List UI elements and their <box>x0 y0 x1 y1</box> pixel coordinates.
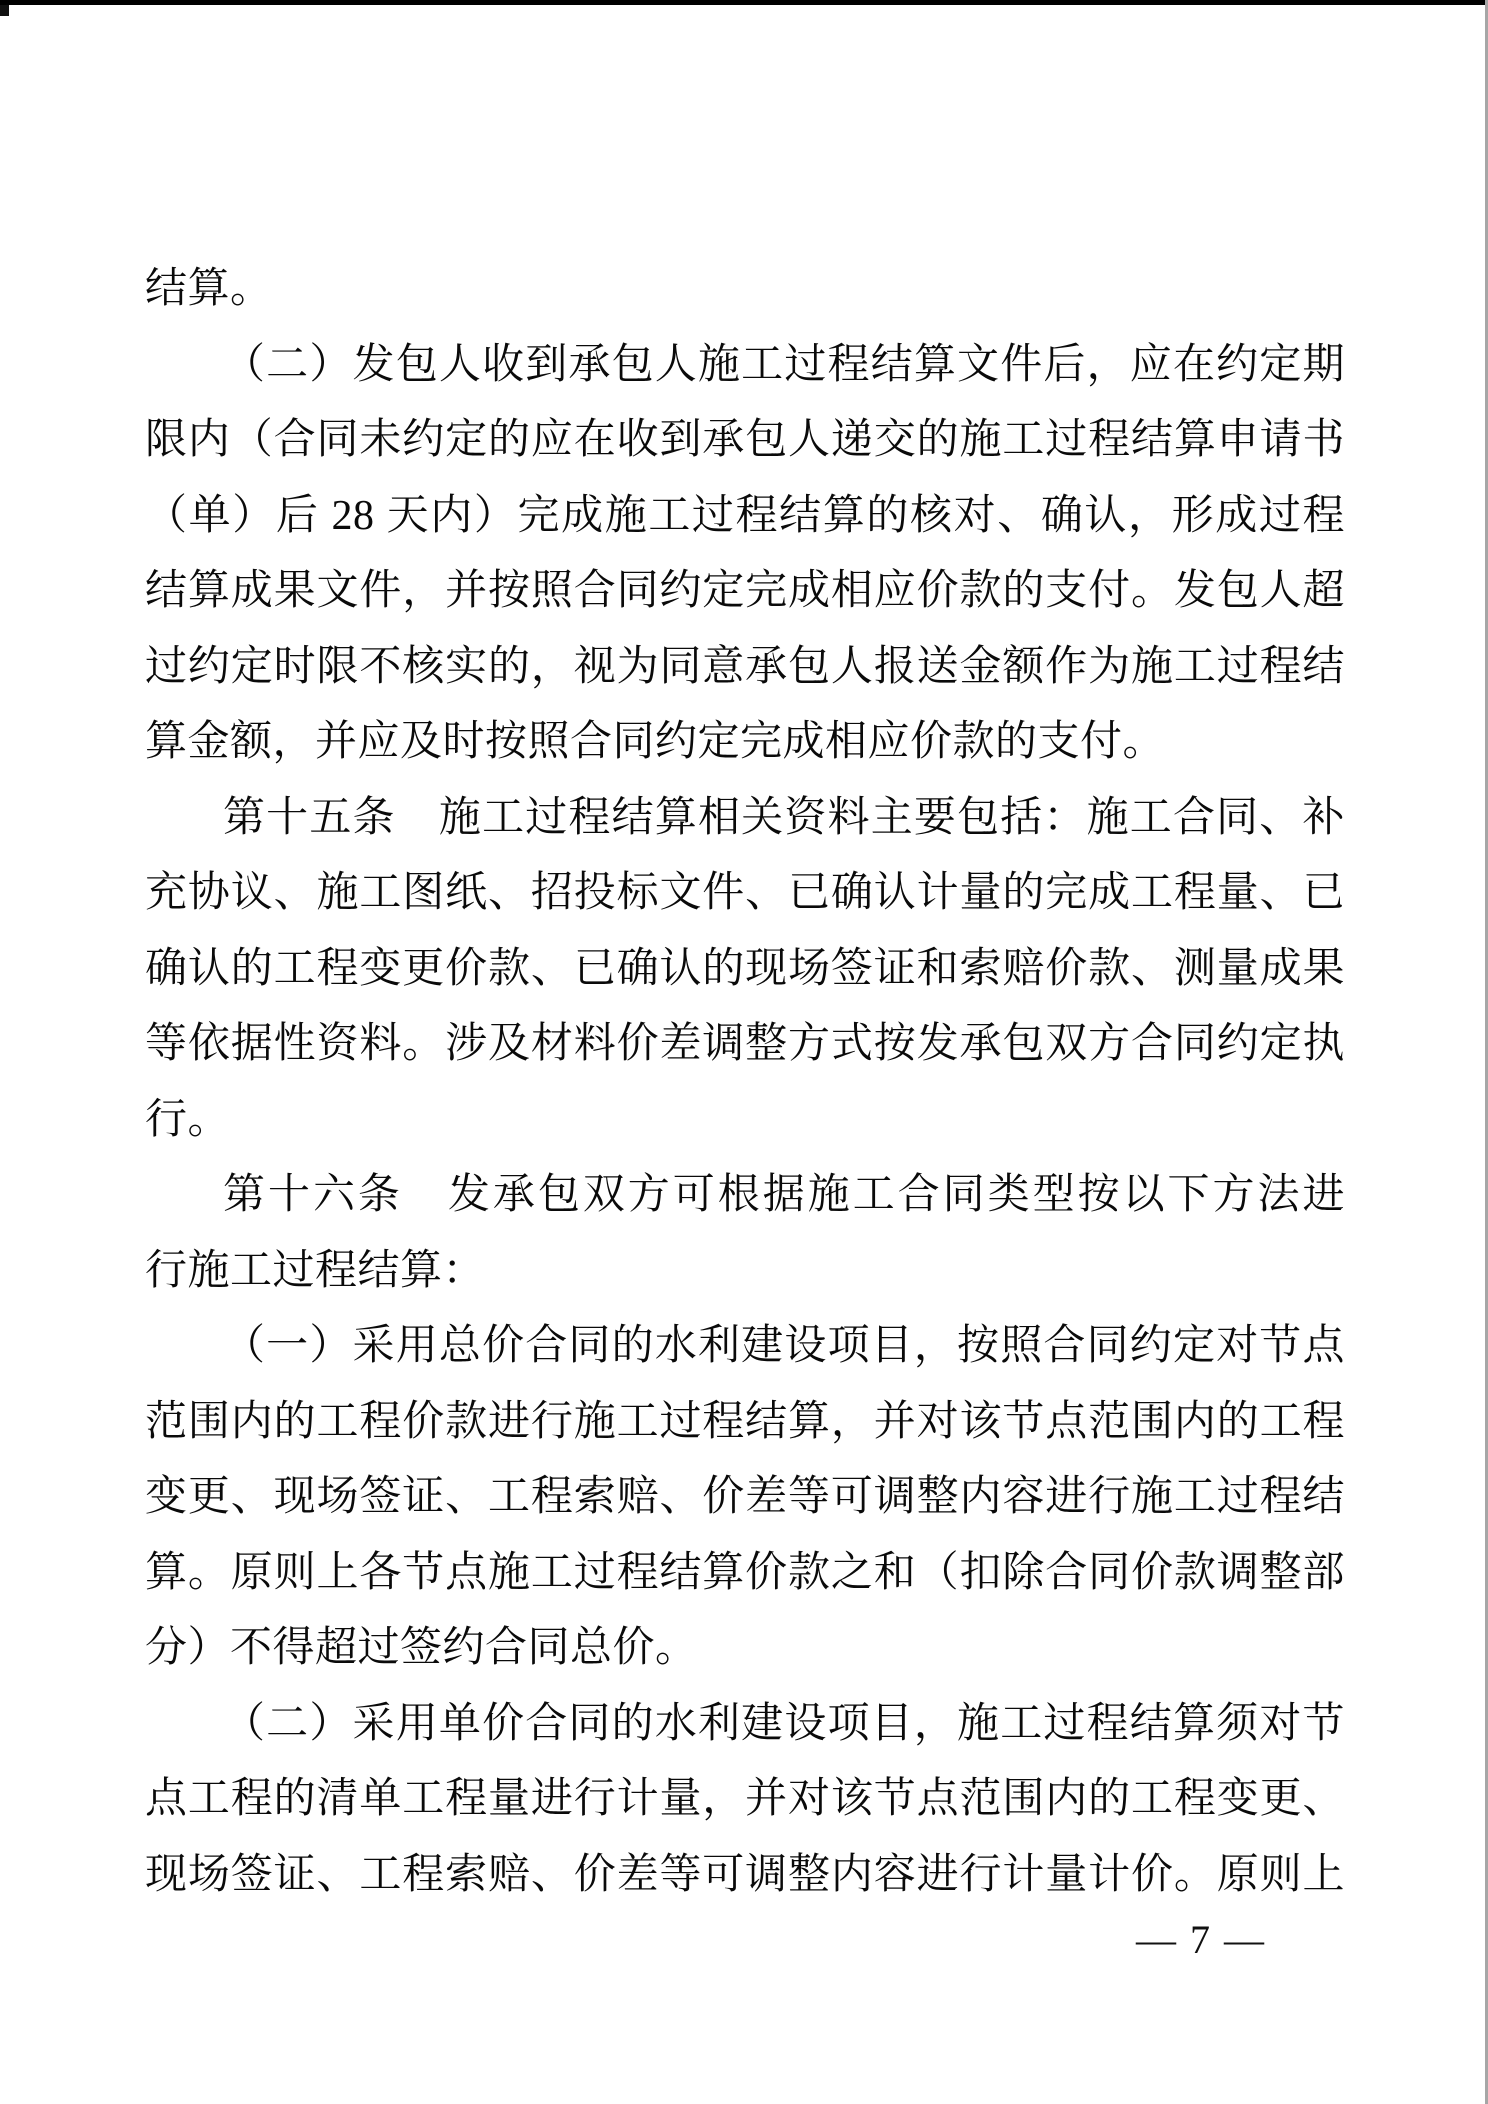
text-line: 充协议、施工图纸、招投标文件、已确认计量的完成工程量、已 <box>145 856 1345 932</box>
text-line: （单）后 28 天内）完成施工过程结算的核对、确认，形成过程 <box>145 479 1345 555</box>
text-line: 等依据性资料。涉及材料价差调整方式按发承包双方合同约定执 <box>145 1007 1345 1083</box>
text-line: 变更、现场签证、工程索赔、价差等可调整内容进行施工过程结 <box>145 1460 1345 1536</box>
text-line: 现场签证、工程索赔、价差等可调整内容进行计量计价。原则上 <box>145 1838 1345 1914</box>
text-line: 行。 <box>145 1083 1345 1159</box>
text-line: 范围内的工程价款进行施工过程结算，并对该节点范围内的工程 <box>145 1385 1345 1461</box>
text-line: 第十五条 施工过程结算相关资料主要包括：施工合同、补 <box>145 781 1345 857</box>
text-line: 限内（合同未约定的应在收到承包人递交的施工过程结算申请书 <box>145 403 1345 479</box>
text-line: 分）不得超过签约合同总价。 <box>145 1611 1345 1687</box>
page-number: — 7 — <box>1136 1916 1266 1964</box>
scan-corner-mark <box>0 5 9 16</box>
scan-edge-top <box>0 0 1488 5</box>
text-line: 结算成果文件，并按照合同约定完成相应价款的支付。发包人超 <box>145 554 1345 630</box>
document-body: 结算。（二）发包人收到承包人施工过程结算文件后，应在约定期限内（合同未约定的应在… <box>145 252 1345 1913</box>
text-line: （二）采用单价合同的水利建设项目，施工过程结算须对节 <box>145 1687 1345 1763</box>
text-line: 过约定时限不核实的，视为同意承包人报送金额作为施工过程结 <box>145 630 1345 706</box>
text-line: （二）发包人收到承包人施工过程结算文件后，应在约定期 <box>145 328 1345 404</box>
document-page: 结算。（二）发包人收到承包人施工过程结算文件后，应在约定期限内（合同未约定的应在… <box>0 0 1488 2104</box>
text-line: 行施工过程结算： <box>145 1234 1345 1310</box>
text-line: 点工程的清单工程量进行计量，并对该节点范围内的工程变更、 <box>145 1762 1345 1838</box>
text-line: 结算。 <box>145 252 1345 328</box>
text-line: 算。原则上各节点施工过程结算价款之和（扣除合同价款调整部 <box>145 1536 1345 1612</box>
text-line: （一）采用总价合同的水利建设项目，按照合同约定对节点 <box>145 1309 1345 1385</box>
text-line: 算金额，并应及时按照合同约定完成相应价款的支付。 <box>145 705 1345 781</box>
text-line: 确认的工程变更价款、已确认的现场签证和索赔价款、测量成果 <box>145 932 1345 1008</box>
text-line: 第十六条 发承包双方可根据施工合同类型按以下方法进 <box>145 1158 1345 1234</box>
